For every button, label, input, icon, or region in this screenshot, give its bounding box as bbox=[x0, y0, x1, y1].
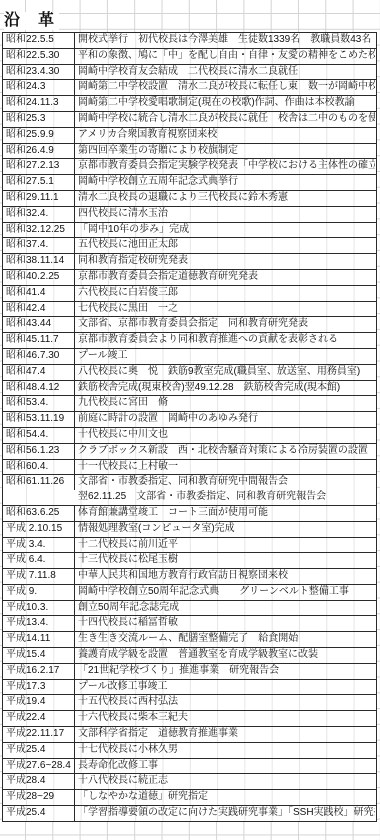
row-date: 昭和37.4. bbox=[3, 238, 75, 253]
table-row: 昭和32.4.四代校長に清水玉治 bbox=[3, 207, 376, 223]
row-date: 昭和43.44 bbox=[3, 317, 75, 332]
table-row: 平成14.11生き生き交流ルーム、配膳室整備完了 給食開始 bbox=[3, 632, 376, 648]
table-row: 平成19.4十五代校長に西村弘法 bbox=[3, 695, 376, 711]
table-row: 昭和43.44文部省、京都市教育委員会指定 同和教育研究発表 bbox=[3, 317, 376, 333]
table-row: 平成22.11.17文部科学省指定 道徳教育推進事業 bbox=[3, 727, 376, 743]
row-text-line: 平和の象徴、鳩に「中」を配し自由・自律・友愛の精神をこめた校章制定 bbox=[78, 49, 375, 64]
row-date: 昭和26.4.9 bbox=[3, 144, 75, 159]
row-text: 岡崎中学校育友会結成 二代校長に清水二良就任 bbox=[75, 65, 376, 80]
row-text: 十三代校長に松尾玉樹 bbox=[75, 553, 376, 568]
row-text: 京都市教育委員会指定実験学校発表「中学校における主体性の確立」 bbox=[75, 159, 376, 174]
row-text: 「学習指導要領の改定に向けた実践研究事業」「SSH実践校」研究指定 bbox=[75, 806, 376, 821]
row-date: 平成22.4 bbox=[3, 711, 75, 726]
row-text: 岡崎中学校に統合し清水二良が校長に就任 校舎は二中のものを使用 bbox=[75, 112, 376, 127]
row-text: 「しなやかな道徳」研究指定 bbox=[75, 790, 376, 805]
row-date: 平成28~29 bbox=[3, 790, 75, 805]
table-row: 昭和22.5.30平和の象徴、鳩に「中」を配し自由・自律・友愛の精神をこめた校章… bbox=[3, 49, 376, 65]
row-text: 四代校長に清水玉治 bbox=[75, 207, 376, 222]
row-text-line: 文部省・市教委指定、同和教育研究中間報告会 bbox=[78, 475, 375, 490]
row-text-line: 京都市教育委員会より同和教育推進への貢献を表彰される bbox=[78, 333, 375, 348]
row-text-line: 「21世紀学校づくり」推進事業 研究報告会 bbox=[78, 664, 375, 679]
table-row: 昭和24.11.3岡崎第二中学校愛唱歌制定(現在の校歌)作詞、作曲は本校教諭 bbox=[3, 96, 376, 112]
row-text-line: アメリカ合衆国教育視察団来校 bbox=[78, 128, 375, 143]
row-date: 平成13.4. bbox=[3, 616, 75, 631]
row-date: 昭和53.4. bbox=[3, 396, 75, 411]
row-text-line: 四代校長に清水玉治 bbox=[78, 207, 375, 222]
row-text-line: 翌62.11.25 文部省・市教委指定、同和教育研究報告会 bbox=[78, 490, 375, 505]
table-row: 昭和47.4八代校長に奥 悦 鉄筋9教室完成(職員室、放送室、用務員室) bbox=[3, 365, 376, 381]
row-text: 京都市教育委員会指定道徳教育研究発表 bbox=[75, 270, 376, 285]
row-text-line: 八代校長に奥 悦 鉄筋9教室完成(職員室、放送室、用務員室) bbox=[78, 365, 375, 380]
table-row: 昭和42.4七代校長に黒田 一之 bbox=[3, 302, 376, 318]
row-text: 十四代校長に稲冨哲敏 bbox=[75, 616, 376, 631]
row-date: 平成10.3. bbox=[3, 601, 75, 616]
row-text-line: 「学習指導要領の改定に向けた実践研究事業」「SSH実践校」研究指定 bbox=[78, 806, 375, 821]
row-text-line: 岡崎中学校育友会結成 二代校長に清水二良就任 bbox=[78, 65, 375, 80]
row-text-line: 十代校長に中川文也 bbox=[78, 428, 375, 443]
table-row: 昭和53.11.19前庭に時計の設置 岡崎中のあゆみ発行 bbox=[3, 412, 376, 428]
row-date: 昭和27.2.13 bbox=[3, 159, 75, 174]
table-row: 昭和53.4.九代校長に宮田 脩 bbox=[3, 396, 376, 412]
row-text: 同和教育指定校研究発表 bbox=[75, 254, 376, 269]
row-text: 十六代校長に柴本三紀夫 bbox=[75, 711, 376, 726]
row-text-line: 鉄筋校舎完成(現東校舎)翌49.12.28 鉄筋校舎完成(現本館) bbox=[78, 381, 375, 396]
row-date: 昭和27.5.1 bbox=[3, 175, 75, 190]
table-row: 平成10.3.創立50周年記念誌完成 bbox=[3, 601, 376, 617]
row-date: 昭和53.11.19 bbox=[3, 412, 75, 427]
row-text-line: 養護育成学級を設置 普通教室を育成学級教室に改装 bbox=[78, 648, 375, 663]
row-text: 十八代校長に続正志 bbox=[75, 774, 376, 789]
row-text: プール改修工事竣工 bbox=[75, 680, 376, 695]
row-text-line: 体育館兼講堂竣工 コート三面が使用可能 bbox=[78, 506, 375, 521]
row-text-line: 文部科学省指定 道徳教育推進事業 bbox=[78, 727, 375, 742]
table-row: 昭和32.12.25「岡中10年の歩み」完成 bbox=[3, 223, 376, 239]
row-text-line: 前庭に時計の設置 岡崎中のあゆみ発行 bbox=[78, 412, 375, 427]
row-text-line: 岡崎第二中学校愛唱歌制定(現在の校歌)作詞、作曲は本校教諭 bbox=[78, 96, 375, 111]
row-text: クラブボックス新設 西・北校舎騒音対策による冷房装置の設置 bbox=[75, 444, 376, 459]
table-row: 昭和27.5.1岡崎中学校創立五周年記念式典挙行 bbox=[3, 175, 376, 191]
row-text-line: 同和教育指定校研究発表 bbox=[78, 254, 375, 269]
row-text: 前庭に時計の設置 岡崎中のあゆみ発行 bbox=[75, 412, 376, 427]
row-text-line: 京都市教育委員会指定道徳教育研究発表 bbox=[78, 270, 375, 285]
table-row: 昭和56.1.23クラブボックス新設 西・北校舎騒音対策による冷房装置の設置 bbox=[3, 444, 376, 460]
row-text-line: 「岡中10年の歩み」完成 bbox=[78, 223, 375, 238]
row-date: 平成19.4 bbox=[3, 695, 75, 710]
table-row: 平成28.4十八代校長に続正志 bbox=[3, 774, 376, 790]
row-text: 生き生き交流ルーム、配膳室整備完了 給食開始 bbox=[75, 632, 376, 647]
table-row: 昭和23.4.30岡崎中学校育友会結成 二代校長に清水二良就任 bbox=[3, 65, 376, 81]
row-date: 平成22.11.17 bbox=[3, 727, 75, 742]
row-date: 昭和38.11.14 bbox=[3, 254, 75, 269]
table-row: 昭和26.4.9第四回卒業生の寄贈により校旗制定 bbox=[3, 144, 376, 160]
row-text: 十代校長に中川文也 bbox=[75, 428, 376, 443]
row-date: 平成28.4 bbox=[3, 774, 75, 789]
history-table: 昭和22.5.5開校式挙行 初代校長は今澤美雄 生徒数1339名 教職員数43名… bbox=[2, 32, 377, 822]
history-table-body: 昭和22.5.5開校式挙行 初代校長は今澤美雄 生徒数1339名 教職員数43名… bbox=[3, 33, 376, 821]
row-text-line: 中華人民共和国地方教育行政官訪日視察団来校 bbox=[78, 569, 375, 584]
row-text: 文部省、京都市教育委員会指定 同和教育研究発表 bbox=[75, 317, 376, 332]
table-row: 昭和27.2.13京都市教育委員会指定実験学校発表「中学校における主体性の確立」 bbox=[3, 159, 376, 175]
row-text-line: 長寿命化改修工事 bbox=[78, 759, 375, 774]
table-row: 昭和25.3岡崎中学校に統合し清水二良が校長に就任 校舎は二中のものを使用 bbox=[3, 112, 376, 128]
row-text-line: 岡崎中学校創立五周年記念式典挙行 bbox=[78, 175, 375, 190]
row-text-line: プール改修工事竣工 bbox=[78, 680, 375, 695]
table-row: 昭和37.4.五代校長に池田正太郎 bbox=[3, 238, 376, 254]
row-text: 七代校長に黒田 一之 bbox=[75, 302, 376, 317]
row-text: 八代校長に奥 悦 鉄筋9教室完成(職員室、放送室、用務員室) bbox=[75, 365, 376, 380]
row-text-line: クラブボックス新設 西・北校舎騒音対策による冷房装置の設置 bbox=[78, 444, 375, 459]
row-date: 昭和42.4 bbox=[3, 302, 75, 317]
row-date: 平成 3.4. bbox=[3, 538, 75, 553]
row-text: 十七代校長に小林久男 bbox=[75, 743, 376, 758]
row-date: 平成14.11 bbox=[3, 632, 75, 647]
row-text-line: 第四回卒業生の寄贈により校旗制定 bbox=[78, 144, 375, 159]
row-text-line: 六代校長に白岩俊三郎 bbox=[78, 286, 375, 301]
row-text-line: 岡崎中学校創立50周年記念式典 グリーンベルト整備工事 bbox=[78, 585, 375, 600]
row-text: 九代校長に宮田 脩 bbox=[75, 396, 376, 411]
row-text-line: 「しなやかな道徳」研究指定 bbox=[78, 790, 375, 805]
row-date: 平成15.4 bbox=[3, 648, 75, 663]
row-text: プール竣工 bbox=[75, 349, 376, 364]
spreadsheet-page: { "page": { "title": "沿 革" }, "colors": … bbox=[0, 0, 380, 840]
row-date: 平成27.6~28.4 bbox=[3, 759, 75, 774]
table-row: 平成 7.11.8中華人民共和国地方教育行政官訪日視察団来校 bbox=[3, 569, 376, 585]
row-date: 昭和25.9.9 bbox=[3, 128, 75, 143]
row-date: 昭和24.3 bbox=[3, 80, 75, 95]
table-row: 昭和54.4.十代校長に中川文也 bbox=[3, 428, 376, 444]
row-text-line: 十六代校長に柴本三紀夫 bbox=[78, 711, 375, 726]
table-row: 昭和29.11.1清水二良校長の退職により三代校長に鈴木秀憲 bbox=[3, 191, 376, 207]
table-row: 昭和24.3岡崎第二中学校設置 清水二良が校長に転任し東 数一が岡崎中校長に bbox=[3, 80, 376, 96]
row-text-line: 文部省、京都市教育委員会指定 同和教育研究発表 bbox=[78, 317, 375, 332]
page-title: 沿 革 bbox=[4, 12, 59, 30]
row-text-line: 九代校長に宮田 脩 bbox=[78, 396, 375, 411]
table-row: 平成28~29「しなやかな道徳」研究指定 bbox=[3, 790, 376, 806]
row-date: 昭和22.5.5 bbox=[3, 33, 75, 48]
table-row: 平成25.4「学習指導要領の改定に向けた実践研究事業」「SSH実践校」研究指定 bbox=[3, 806, 376, 821]
row-text-line: 十五代校長に西村弘法 bbox=[78, 695, 375, 710]
row-date: 平成16.2.17 bbox=[3, 664, 75, 679]
row-date: 昭和61.11.26 bbox=[3, 475, 75, 490]
table-row: 平成 2.10.15情報処理教室(コンピュータ室)完成 bbox=[3, 522, 376, 538]
table-row: 平成 6.4.十三代校長に松尾玉樹 bbox=[3, 553, 376, 569]
table-row: 平成25.4十七代校長に小林久男 bbox=[3, 743, 376, 759]
row-text-line: 十二代校長に前川近平 bbox=[78, 538, 375, 553]
row-text-line: 十四代校長に稲冨哲敏 bbox=[78, 616, 375, 631]
row-text-line: 岡崎中学校に統合し清水二良が校長に就任 校舎は二中のものを使用 bbox=[78, 112, 375, 127]
row-text: 文部省・市教委指定、同和教育研究中間報告会翌62.11.25 文部省・市教委指定… bbox=[75, 475, 376, 505]
row-text-line: 十三代校長に松尾玉樹 bbox=[78, 553, 375, 568]
table-row: 昭和60.4.十一代校長に上村敏一 bbox=[3, 460, 376, 476]
row-text: 第四回卒業生の寄贈により校旗制定 bbox=[75, 144, 376, 159]
row-date: 昭和45.11.7 bbox=[3, 333, 75, 348]
row-text: 岡崎第二中学校設置 清水二良が校長に転任し東 数一が岡崎中校長に bbox=[75, 80, 376, 95]
row-date: 昭和63.6.25 bbox=[3, 506, 75, 521]
row-date: 昭和60.4. bbox=[3, 460, 75, 475]
table-row: 昭和46.7.30プール竣工 bbox=[3, 349, 376, 365]
table-row: 昭和25.9.9アメリカ合衆国教育視察団来校 bbox=[3, 128, 376, 144]
row-text-line: 岡崎第二中学校設置 清水二良が校長に転任し東 数一が岡崎中校長に bbox=[78, 80, 375, 95]
row-text-line: 十八代校長に続正志 bbox=[78, 774, 375, 789]
table-row: 平成17.3プール改修工事竣工 bbox=[3, 680, 376, 696]
table-row: 平成 3.4.十二代校長に前川近平 bbox=[3, 538, 376, 554]
table-row: 昭和22.5.5開校式挙行 初代校長は今澤美雄 生徒数1339名 教職員数43名 bbox=[3, 33, 376, 49]
table-row: 昭和40.2.25京都市教育委員会指定道徳教育研究発表 bbox=[3, 270, 376, 286]
table-row: 昭和63.6.25体育館兼講堂竣工 コート三面が使用可能 bbox=[3, 506, 376, 522]
row-date: 昭和22.5.30 bbox=[3, 49, 75, 64]
row-date: 昭和47.4 bbox=[3, 365, 75, 380]
row-date: 昭和32.12.25 bbox=[3, 223, 75, 238]
row-date: 平成 2.10.15 bbox=[3, 522, 75, 537]
row-text-line: 七代校長に黒田 一之 bbox=[78, 302, 375, 317]
table-row: 昭和48.4.12鉄筋校舎完成(現東校舎)翌49.12.28 鉄筋校舎完成(現本… bbox=[3, 381, 376, 397]
row-text-line: 五代校長に池田正太郎 bbox=[78, 238, 375, 253]
row-text-line: 創立50周年記念誌完成 bbox=[78, 601, 375, 616]
row-text: 文部科学省指定 道徳教育推進事業 bbox=[75, 727, 376, 742]
row-text: 「岡中10年の歩み」完成 bbox=[75, 223, 376, 238]
row-date: 平成 9. bbox=[3, 585, 75, 600]
row-text: 十二代校長に前川近平 bbox=[75, 538, 376, 553]
row-text: 六代校長に白岩俊三郎 bbox=[75, 286, 376, 301]
row-text: 十一代校長に上村敏一 bbox=[75, 460, 376, 475]
table-row: 昭和61.11.26文部省・市教委指定、同和教育研究中間報告会翌62.11.25… bbox=[3, 475, 376, 506]
table-row: 平成27.6~28.4長寿命化改修工事 bbox=[3, 759, 376, 775]
row-text: 五代校長に池田正太郎 bbox=[75, 238, 376, 253]
row-date: 昭和23.4.30 bbox=[3, 65, 75, 80]
row-text-line: 京都市教育委員会指定実験学校発表「中学校における主体性の確立」 bbox=[78, 159, 375, 174]
row-text: 体育館兼講堂竣工 コート三面が使用可能 bbox=[75, 506, 376, 521]
table-row: 平成22.4十六代校長に柴本三紀夫 bbox=[3, 711, 376, 727]
row-date: 平成25.4 bbox=[3, 743, 75, 758]
row-date: 昭和24.11.3 bbox=[3, 96, 75, 111]
row-text-line: 十一代校長に上村敏一 bbox=[78, 460, 375, 475]
row-date: 昭和54.4. bbox=[3, 428, 75, 443]
row-date: 昭和48.4.12 bbox=[3, 381, 75, 396]
row-date: 平成 7.11.8 bbox=[3, 569, 75, 584]
row-text: 鉄筋校舎完成(現東校舎)翌49.12.28 鉄筋校舎完成(現本館) bbox=[75, 381, 376, 396]
row-text-line: 生き生き交流ルーム、配膳室整備完了 給食開始 bbox=[78, 632, 375, 647]
row-text: 創立50周年記念誌完成 bbox=[75, 601, 376, 616]
table-row: 平成 9.岡崎中学校創立50周年記念式典 グリーンベルト整備工事 bbox=[3, 585, 376, 601]
table-row: 平成15.4養護育成学級を設置 普通教室を育成学級教室に改装 bbox=[3, 648, 376, 664]
row-text: 平和の象徴、鳩に「中」を配し自由・自律・友愛の精神をこめた校章制定 bbox=[75, 49, 376, 64]
row-text: アメリカ合衆国教育視察団来校 bbox=[75, 128, 376, 143]
row-date: 昭和56.1.23 bbox=[3, 444, 75, 459]
row-date: 昭和32.4. bbox=[3, 207, 75, 222]
row-text: 京都市教育委員会より同和教育推進への貢献を表彰される bbox=[75, 333, 376, 348]
row-text-line: 情報処理教室(コンピュータ室)完成 bbox=[78, 522, 375, 537]
row-date: 昭和41.4 bbox=[3, 286, 75, 301]
row-date: 平成 6.4. bbox=[3, 553, 75, 568]
table-row: 昭和41.4六代校長に白岩俊三郎 bbox=[3, 286, 376, 302]
table-row: 昭和45.11.7京都市教育委員会より同和教育推進への貢献を表彰される bbox=[3, 333, 376, 349]
row-text: 長寿命化改修工事 bbox=[75, 759, 376, 774]
row-date: 昭和46.7.30 bbox=[3, 349, 75, 364]
row-text: 養護育成学級を設置 普通教室を育成学級教室に改装 bbox=[75, 648, 376, 663]
table-row: 平成13.4.十四代校長に稲冨哲敏 bbox=[3, 616, 376, 632]
table-row: 平成16.2.17「21世紀学校づくり」推進事業 研究報告会 bbox=[3, 664, 376, 680]
row-date: 平成25.4 bbox=[3, 806, 75, 821]
row-text-line: 清水二良校長の退職により三代校長に鈴木秀憲 bbox=[78, 191, 375, 206]
row-date: 昭和25.3 bbox=[3, 112, 75, 127]
row-text-line: プール竣工 bbox=[78, 349, 375, 364]
row-text-line: 十七代校長に小林久男 bbox=[78, 743, 375, 758]
row-text: 岡崎第二中学校愛唱歌制定(現在の校歌)作詞、作曲は本校教諭 bbox=[75, 96, 376, 111]
row-date: 平成17.3 bbox=[3, 680, 75, 695]
row-text: 中華人民共和国地方教育行政官訪日視察団来校 bbox=[75, 569, 376, 584]
row-date: 昭和40.2.25 bbox=[3, 270, 75, 285]
table-row: 昭和38.11.14同和教育指定校研究発表 bbox=[3, 254, 376, 270]
row-text: 清水二良校長の退職により三代校長に鈴木秀憲 bbox=[75, 191, 376, 206]
row-text: 情報処理教室(コンピュータ室)完成 bbox=[75, 522, 376, 537]
row-text: 岡崎中学校創立50周年記念式典 グリーンベルト整備工事 bbox=[75, 585, 376, 600]
row-text: 岡崎中学校創立五周年記念式典挙行 bbox=[75, 175, 376, 190]
row-text: 十五代校長に西村弘法 bbox=[75, 695, 376, 710]
row-date: 昭和29.11.1 bbox=[3, 191, 75, 206]
row-text: 「21世紀学校づくり」推進事業 研究報告会 bbox=[75, 664, 376, 679]
row-text-line: 開校式挙行 初代校長は今澤美雄 生徒数1339名 教職員数43名 bbox=[78, 33, 375, 48]
row-text: 開校式挙行 初代校長は今澤美雄 生徒数1339名 教職員数43名 bbox=[75, 33, 376, 48]
